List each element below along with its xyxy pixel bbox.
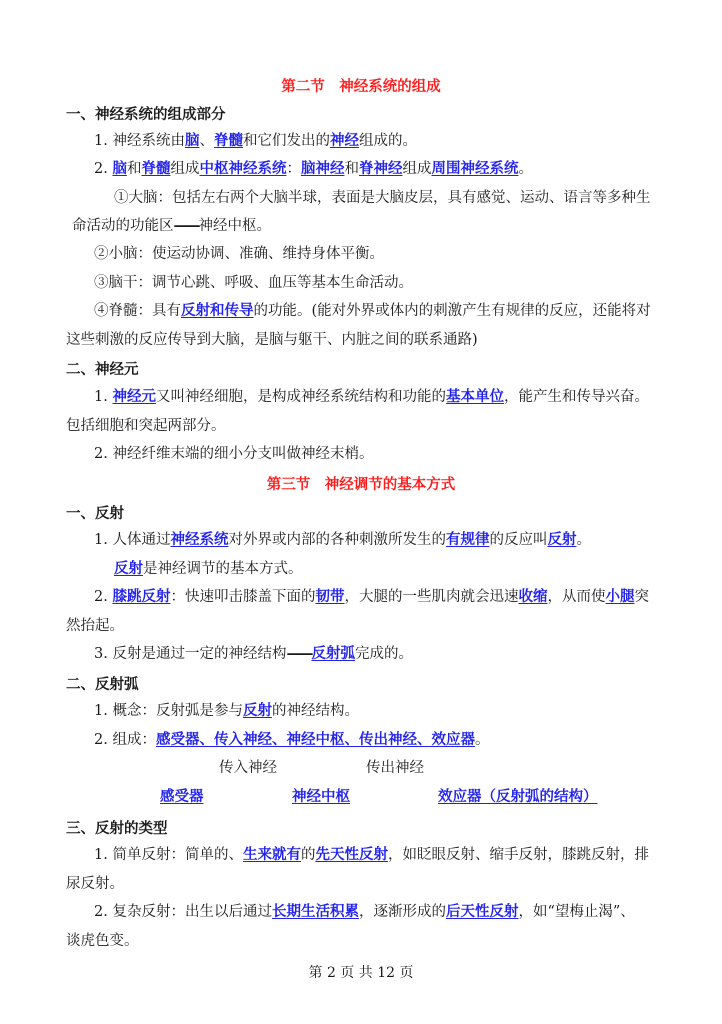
heading: 二、反射弧 bbox=[66, 673, 139, 694]
paragraph: 3. 反射是通过一定的神经结构——反射弧完成的。 bbox=[94, 644, 413, 664]
text: 组成的。 bbox=[359, 133, 417, 149]
link-spinal-cord[interactable]: 脊髓 bbox=[141, 161, 170, 177]
text: ，从而使 bbox=[547, 589, 605, 605]
dash: —— bbox=[286, 645, 311, 662]
paragraph: 2. 膝跳反射：快速叩击膝盖下面的韧带，大腿的一些肌肉就会迅速收缩，从而使小腿突 bbox=[94, 587, 649, 607]
paragraph: 2. 神经纤维末端的细小分支叫做神经末梢。 bbox=[94, 444, 373, 464]
text: 、 bbox=[199, 133, 214, 149]
text: 组成 bbox=[402, 161, 431, 177]
text: 命活动的功能区 bbox=[72, 218, 174, 234]
text: 3. 反射是通过一定的神经结构 bbox=[94, 646, 286, 662]
heading: 三、反射的类型 bbox=[66, 817, 168, 838]
diagram-label-efferent: 传出神经 bbox=[366, 758, 424, 778]
link-reflex[interactable]: 反射 bbox=[114, 561, 143, 577]
paragraph: 尿反射。 bbox=[66, 874, 124, 894]
section-title: 第二节 神经系统的组成 bbox=[0, 75, 722, 96]
paragraph: 反射是神经调节的基本方式。 bbox=[114, 559, 303, 579]
link-cranial-nerve[interactable]: 脑神经 bbox=[301, 161, 345, 177]
dash: —— bbox=[174, 217, 199, 234]
paragraph: 2. 组成：感受器、传入神经、神经中枢、传出神经、效应器。 bbox=[94, 730, 489, 750]
text: 神经中枢。 bbox=[199, 218, 272, 234]
link-spinal-nerve[interactable]: 脊神经 bbox=[359, 161, 403, 177]
text: ，大腿的一些肌肉就会迅速 bbox=[344, 589, 518, 605]
link-neuron[interactable]: 神经元 bbox=[112, 389, 156, 405]
link-brain[interactable]: 脑 bbox=[112, 161, 127, 177]
text: ： bbox=[286, 161, 301, 177]
text: 1. 神经系统由 bbox=[94, 133, 185, 149]
text: 2. bbox=[94, 589, 112, 605]
link-contract[interactable]: 收缩 bbox=[518, 589, 547, 605]
text: 1. bbox=[94, 389, 112, 405]
paragraph: 谈虎色变。 bbox=[66, 931, 139, 951]
link-components[interactable]: 感受器、传入神经、神经中枢、传出神经、效应器 bbox=[156, 732, 475, 748]
diagram-label-afferent: 传入神经 bbox=[219, 758, 277, 778]
paragraph: 1. 人体通过神经系统对外界或内部的各种刺激所发生的有规律的反应叫反射。 bbox=[94, 530, 591, 550]
text: 的 bbox=[301, 847, 316, 863]
text: 和 bbox=[344, 161, 359, 177]
text: ，逐渐形成的 bbox=[359, 904, 446, 920]
page-footer: 第 2 页 共 12 页 bbox=[0, 962, 722, 982]
paragraph: ④脊髓：具有反射和传导的功能。(能对外界或体内的刺激产生有规律的反应，还能将对 bbox=[94, 301, 651, 321]
link-reflex-conduction[interactable]: 反射和传导 bbox=[181, 303, 254, 319]
link-unconditioned-reflex[interactable]: 先天性反射 bbox=[315, 847, 388, 863]
link-pns[interactable]: 周围神经系统 bbox=[431, 161, 518, 177]
text: 又叫神经细胞，是构成神经系统结构和功能的 bbox=[156, 389, 446, 405]
text: 1. 概念：反射弧是参与 bbox=[94, 703, 243, 719]
text: 突 bbox=[634, 589, 649, 605]
text: 。 bbox=[518, 161, 533, 177]
heading: 一、反射 bbox=[66, 502, 124, 523]
text: 组成 bbox=[170, 161, 199, 177]
paragraph: 然抬起。 bbox=[66, 616, 124, 636]
document-page: 第二节 神经系统的组成 一、神经系统的组成部分 1. 神经系统由脑、脊髓和它们发… bbox=[0, 0, 722, 1024]
link-calf[interactable]: 小腿 bbox=[605, 589, 634, 605]
section-title: 第三节 神经调节的基本方式 bbox=[0, 473, 722, 494]
link-center[interactable]: 神经中枢 bbox=[292, 789, 350, 805]
paragraph: 命活动的功能区——神经中枢。 bbox=[72, 216, 271, 236]
paragraph: 2. 脑和脊髓组成中枢神经系统：脑神经和脊神经组成周围神经系统。 bbox=[94, 159, 533, 179]
link-regular[interactable]: 有规律 bbox=[446, 532, 490, 548]
link-basic-unit[interactable]: 基本单位 bbox=[446, 389, 504, 405]
text: ④脊髓：具有 bbox=[94, 303, 181, 319]
text: 。 bbox=[576, 532, 591, 548]
link-brain[interactable]: 脑 bbox=[185, 133, 200, 149]
diagram-effector: 效应器（反射弧的结构） bbox=[438, 787, 598, 807]
text: 的神经结构。 bbox=[272, 703, 359, 719]
text: 2. 组成： bbox=[94, 732, 156, 748]
link-cns[interactable]: 中枢神经系统 bbox=[199, 161, 286, 177]
text: 的功能。(能对外界或体内的刺激产生有规律的反应，还能将对 bbox=[254, 303, 651, 319]
paragraph: 包括细胞和突起两部分。 bbox=[66, 416, 226, 436]
paragraph: 1. 神经元又叫神经细胞，是构成神经系统结构和功能的基本单位，能产生和传导兴奋。 bbox=[94, 387, 649, 407]
diagram-center: 神经中枢 bbox=[292, 787, 350, 807]
text: 2. 复杂反射：出生以后通过 bbox=[94, 904, 272, 920]
heading: 二、神经元 bbox=[66, 358, 139, 379]
paragraph: ②小脑：使运动协调、准确、维持身体平衡。 bbox=[94, 244, 384, 264]
paragraph: 1. 概念：反射弧是参与反射的神经结构。 bbox=[94, 701, 359, 721]
link-conditioned-reflex[interactable]: 后天性反射 bbox=[446, 904, 519, 920]
link-nervous-system[interactable]: 神经系统 bbox=[170, 532, 228, 548]
text: 和它们发出的 bbox=[243, 133, 330, 149]
text: ，能产生和传导兴奋。 bbox=[504, 389, 649, 405]
link-knee-jerk[interactable]: 膝跳反射 bbox=[112, 589, 170, 605]
link-reflex-arc[interactable]: 反射弧 bbox=[311, 646, 355, 662]
link-effector[interactable]: 效应器（反射弧的结构） bbox=[438, 789, 598, 805]
link-receptor[interactable]: 感受器 bbox=[160, 789, 204, 805]
link-ligament[interactable]: 韧带 bbox=[315, 589, 344, 605]
link-innate[interactable]: 生来就有 bbox=[243, 847, 301, 863]
heading: 一、神经系统的组成部分 bbox=[66, 103, 226, 124]
text: 和 bbox=[127, 161, 142, 177]
text: 。 bbox=[475, 732, 490, 748]
paragraph: ①大脑：包括左右两个大脑半球，表面是大脑皮层，具有感觉、运动、语言等多种生 bbox=[114, 188, 651, 208]
link-long-term[interactable]: 长期生活积累 bbox=[272, 904, 359, 920]
text: ：快速叩击膝盖下面的 bbox=[170, 589, 315, 605]
text: 对外界或内部的各种刺激所发生的 bbox=[228, 532, 446, 548]
text: ，如“望梅止渴”、 bbox=[518, 904, 634, 920]
paragraph: 1. 神经系统由脑、脊髓和它们发出的神经组成的。 bbox=[94, 131, 417, 151]
paragraph: 这些刺激的反应传导到大脑，是脑与躯干、内脏之间的联系通路) bbox=[66, 330, 478, 350]
text: ，如眨眼反射、缩手反射，膝跳反射，排 bbox=[388, 847, 649, 863]
diagram-receptor: 感受器 bbox=[160, 787, 204, 807]
paragraph: 2. 复杂反射：出生以后通过长期生活积累，逐渐形成的后天性反射，如“望梅止渴”、 bbox=[94, 902, 635, 922]
text: 是神经调节的基本方式。 bbox=[143, 561, 303, 577]
paragraph: 1. 简单反射：简单的、生来就有的先天性反射，如眨眼反射、缩手反射，膝跳反射，排 bbox=[94, 845, 649, 865]
link-reflex[interactable]: 反射 bbox=[547, 532, 576, 548]
text: 完成的。 bbox=[355, 646, 413, 662]
paragraph: ③脑干：调节心跳、呼吸、血压等基本生命活动。 bbox=[94, 273, 413, 293]
text: 2. bbox=[94, 161, 112, 177]
link-spinal-cord[interactable]: 脊髓 bbox=[214, 133, 243, 149]
link-nerve[interactable]: 神经 bbox=[330, 133, 359, 149]
text: 的反应叫 bbox=[489, 532, 547, 548]
link-reflex[interactable]: 反射 bbox=[243, 703, 272, 719]
text: 1. 人体通过 bbox=[94, 532, 170, 548]
text: 1. 简单反射：简单的、 bbox=[94, 847, 243, 863]
